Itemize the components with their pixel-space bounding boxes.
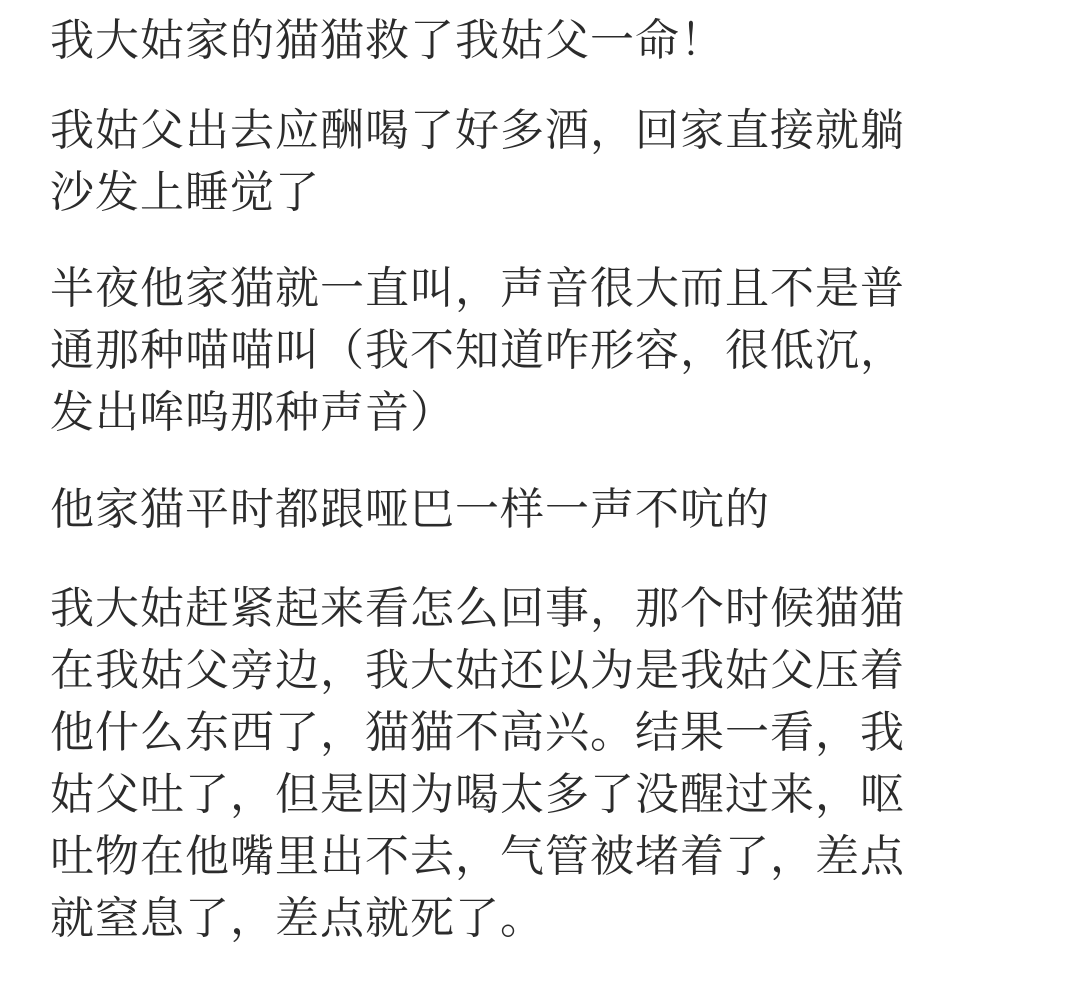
paragraph-title: 我大姑家的猫猫救了我姑父一命！ — [50, 10, 725, 72]
text-line: 他家猫平时都跟哑巴一样一声不吭的 — [50, 479, 770, 541]
text-line: 他什么东西了，猫猫不高兴。结果一看，我 — [50, 702, 905, 764]
paragraph-2: 我姑父出去应酬喝了好多酒，回家直接就躺 沙发上睡觉了 — [50, 100, 905, 224]
text-line: 半夜他家猫就一直叫，声音很大而且不是普 — [50, 258, 905, 320]
text-line: 通那种喵喵叫（我不知道咋形容，很低沉， — [50, 320, 905, 382]
text-line: 沙发上睡觉了 — [50, 162, 905, 224]
text-line: 我大姑家的猫猫救了我姑父一命！ — [50, 10, 725, 72]
text-line: 吐物在他嘴里出不去，气管被堵着了，差点 — [50, 826, 905, 888]
text-line: 就窒息了，差点就死了。 — [50, 888, 905, 950]
paragraph-4: 他家猫平时都跟哑巴一样一声不吭的 — [50, 479, 770, 541]
paragraph-3: 半夜他家猫就一直叫，声音很大而且不是普 通那种喵喵叫（我不知道咋形容，很低沉， … — [50, 258, 905, 444]
text-line: 我姑父出去应酬喝了好多酒，回家直接就躺 — [50, 100, 905, 162]
text-line: 发出哞呜那种声音） — [50, 382, 905, 444]
text-line: 在我姑父旁边，我大姑还以为是我姑父压着 — [50, 640, 905, 702]
paragraph-5: 我大姑赶紧起来看怎么回事，那个时候猫猫 在我姑父旁边，我大姑还以为是我姑父压着 … — [50, 578, 905, 950]
text-line: 我大姑赶紧起来看怎么回事，那个时候猫猫 — [50, 578, 905, 640]
text-line: 姑父吐了，但是因为喝太多了没醒过来，呕 — [50, 764, 905, 826]
